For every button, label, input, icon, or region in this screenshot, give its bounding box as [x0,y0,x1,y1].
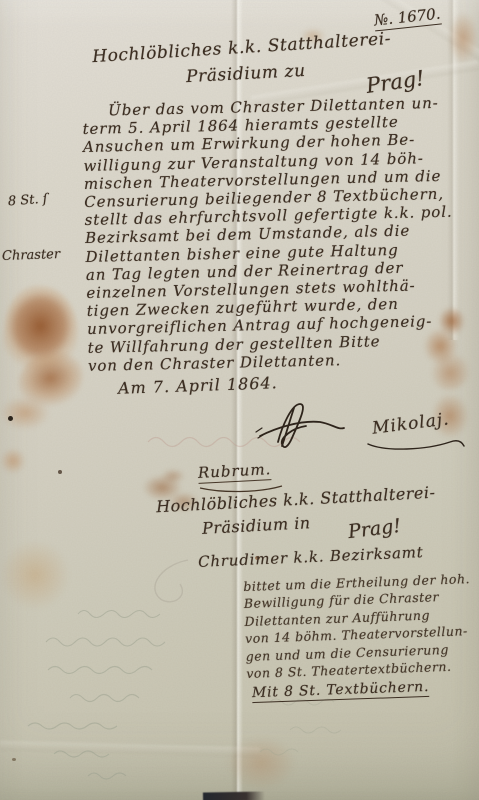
date-line: Am 7. April 1864. [118,373,278,398]
stain-left-edge-yellow [0,540,70,610]
address-line-2: Präsidium zu [186,61,307,87]
signature-paraph [248,398,348,453]
ink-speck-2 [58,470,62,474]
rubrum-city: Prag! [347,515,402,543]
rust-stain-left-halo [0,396,50,430]
bottom-fold-shadow [203,791,265,800]
rubrum-summary: bittet um die Ertheilung der hoh. Bewill… [243,570,475,682]
ink-speck-3 [12,758,16,761]
rubrum-address-2: Präsidium in [202,513,311,538]
signature-flourish [366,436,466,454]
scanned-manuscript-page: №. 1670. Hochlöbliches k.k. Statthaltere… [0,0,479,800]
pencil-mark-curve [128,556,208,616]
address-city: Prag! [365,66,426,98]
ink-speck-1 [8,416,13,421]
rubrum-label: Rubrum. [198,460,272,484]
margin-note-place: Chraster [2,247,61,264]
stain-top-right-corner [448,12,478,64]
stain-left-edge-small [0,448,26,474]
margin-note-textbooks: 8 St. ſ [8,192,49,210]
letter-body: Über das vom Chraster Dilettanten un- te… [82,93,472,375]
bleed-through-writing-lower-left [18,604,248,784]
